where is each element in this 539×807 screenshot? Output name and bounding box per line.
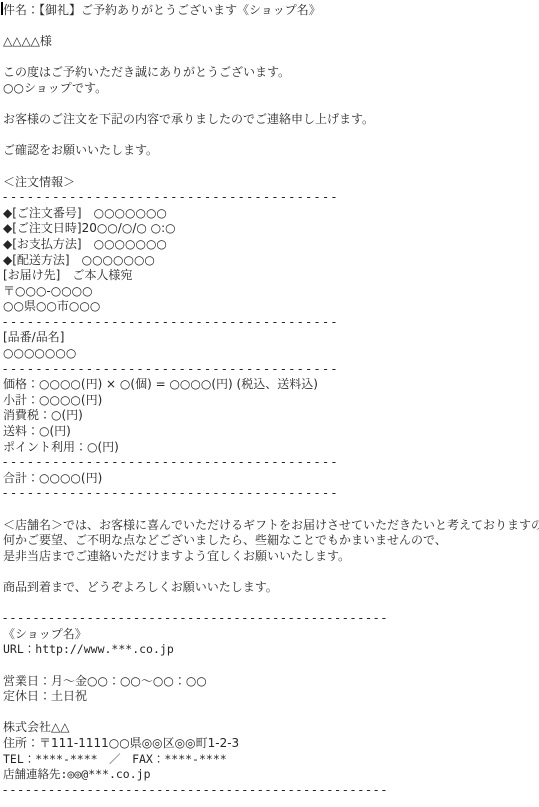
signature-divider: ----------------------------------------… [3, 611, 539, 627]
divider: ---------------------------------------- [3, 362, 539, 378]
divider: ---------------------------------------- [3, 190, 539, 206]
company-name-line: 株式会社△△ [3, 720, 539, 736]
blank-line [3, 159, 539, 175]
closing-message-line-2: 何かご要望、ご不明な点などございましたら、些細なことでもかまいませんので、 [3, 533, 539, 549]
confirm-request-line: ご確認をお願いいたします。 [3, 143, 539, 159]
divider: ---------------------------------------- [3, 455, 539, 471]
intro-line-1: この度はご予約いただき誠にありがとうございます。 [3, 65, 539, 81]
blank-line [3, 596, 539, 612]
blank-line [3, 502, 539, 518]
intro-line-2: ○○ショップです。 [3, 81, 539, 97]
shipping-method-field: ◆[配送方法] ○○○○○○○ [3, 253, 539, 269]
shop-url-line: URL：http://www.***.co.jp [3, 642, 539, 658]
divider: ---------------------------------------- [3, 486, 539, 502]
blank-line [3, 128, 539, 144]
recipient-name: △△△△様 [3, 34, 539, 50]
total-line: 合計：○○○○(円) [3, 471, 539, 487]
order-number-field: ◆[ご注文番号] ○○○○○○○ [3, 206, 539, 222]
blank-line [3, 658, 539, 674]
shipping-fee-line: 送料：○(円) [3, 424, 539, 440]
address-line: ○○県○○市○○○ [3, 299, 539, 315]
subject-line: 件名：【御礼】ご予約ありがとうございます《ショップ名》 [3, 3, 539, 19]
order-info-heading: ＜注文情報＞ [3, 175, 539, 191]
postal-code-line: 〒○○○-○○○○ [3, 284, 539, 300]
holidays-line: 定休日：土日祝 [3, 689, 539, 705]
closing-message-line-3: 是非当店までご連絡いただけますよう宜しくお願いいたします。 [3, 549, 539, 565]
payment-method-field: ◆[お支払方法] ○○○○○○○ [3, 237, 539, 253]
shop-name-line: 《ショップ名》 [3, 627, 539, 643]
divider: ---------------------------------------- [3, 315, 539, 331]
blank-line [3, 97, 539, 113]
company-address-line: 住所：〒111-1111○○県◎◎区◎◎町1-2-3 [3, 736, 539, 752]
blank-line [3, 19, 539, 35]
blank-line [3, 705, 539, 721]
arrival-message-line: 商品到着まで、どうぞよろしくお願いいたします。 [3, 580, 539, 596]
subtotal-line: 小計：○○○○(円) [3, 393, 539, 409]
tax-line: 消費税：○(円) [3, 408, 539, 424]
signature-footer-divider: ----------------------------------------… [3, 783, 539, 799]
email-template-document[interactable]: 件名：【御礼】ご予約ありがとうございます《ショップ名》 △△△△様 この度はご予… [0, 0, 539, 807]
text-caret [1, 2, 3, 15]
item-heading: [品番/品名] [3, 330, 539, 346]
item-code-line: ○○○○○○○ [3, 346, 539, 362]
business-hours-line: 営業日：月～金○○：○○～○○：○○ [3, 674, 539, 690]
blank-line [3, 564, 539, 580]
points-line: ポイント利用：○(円) [3, 440, 539, 456]
delivery-address-label: [お届け先] ご本人様宛 [3, 268, 539, 284]
closing-message-line-1: ＜店舗名＞では、お客様に喜んでいただけるギフトをお届けさせていただきたいと考えて… [3, 518, 539, 534]
blank-line [3, 50, 539, 66]
order-notice-line: お客様のご注文を下記の内容で承りましたのでご連絡申し上げます。 [3, 112, 539, 128]
tel-fax-line: TEL：****-**** ／ FAX：****-**** [3, 752, 539, 768]
price-line: 価格：○○○○(円) × ○(個) = ○○○○(円) (税込、送料込) [3, 377, 539, 393]
order-datetime-field: ◆[ご注文日時]20○○/○/○ ○:○ [3, 221, 539, 237]
shop-contact-line: 店舗連絡先:◎◎@***.co.jp [3, 767, 539, 783]
